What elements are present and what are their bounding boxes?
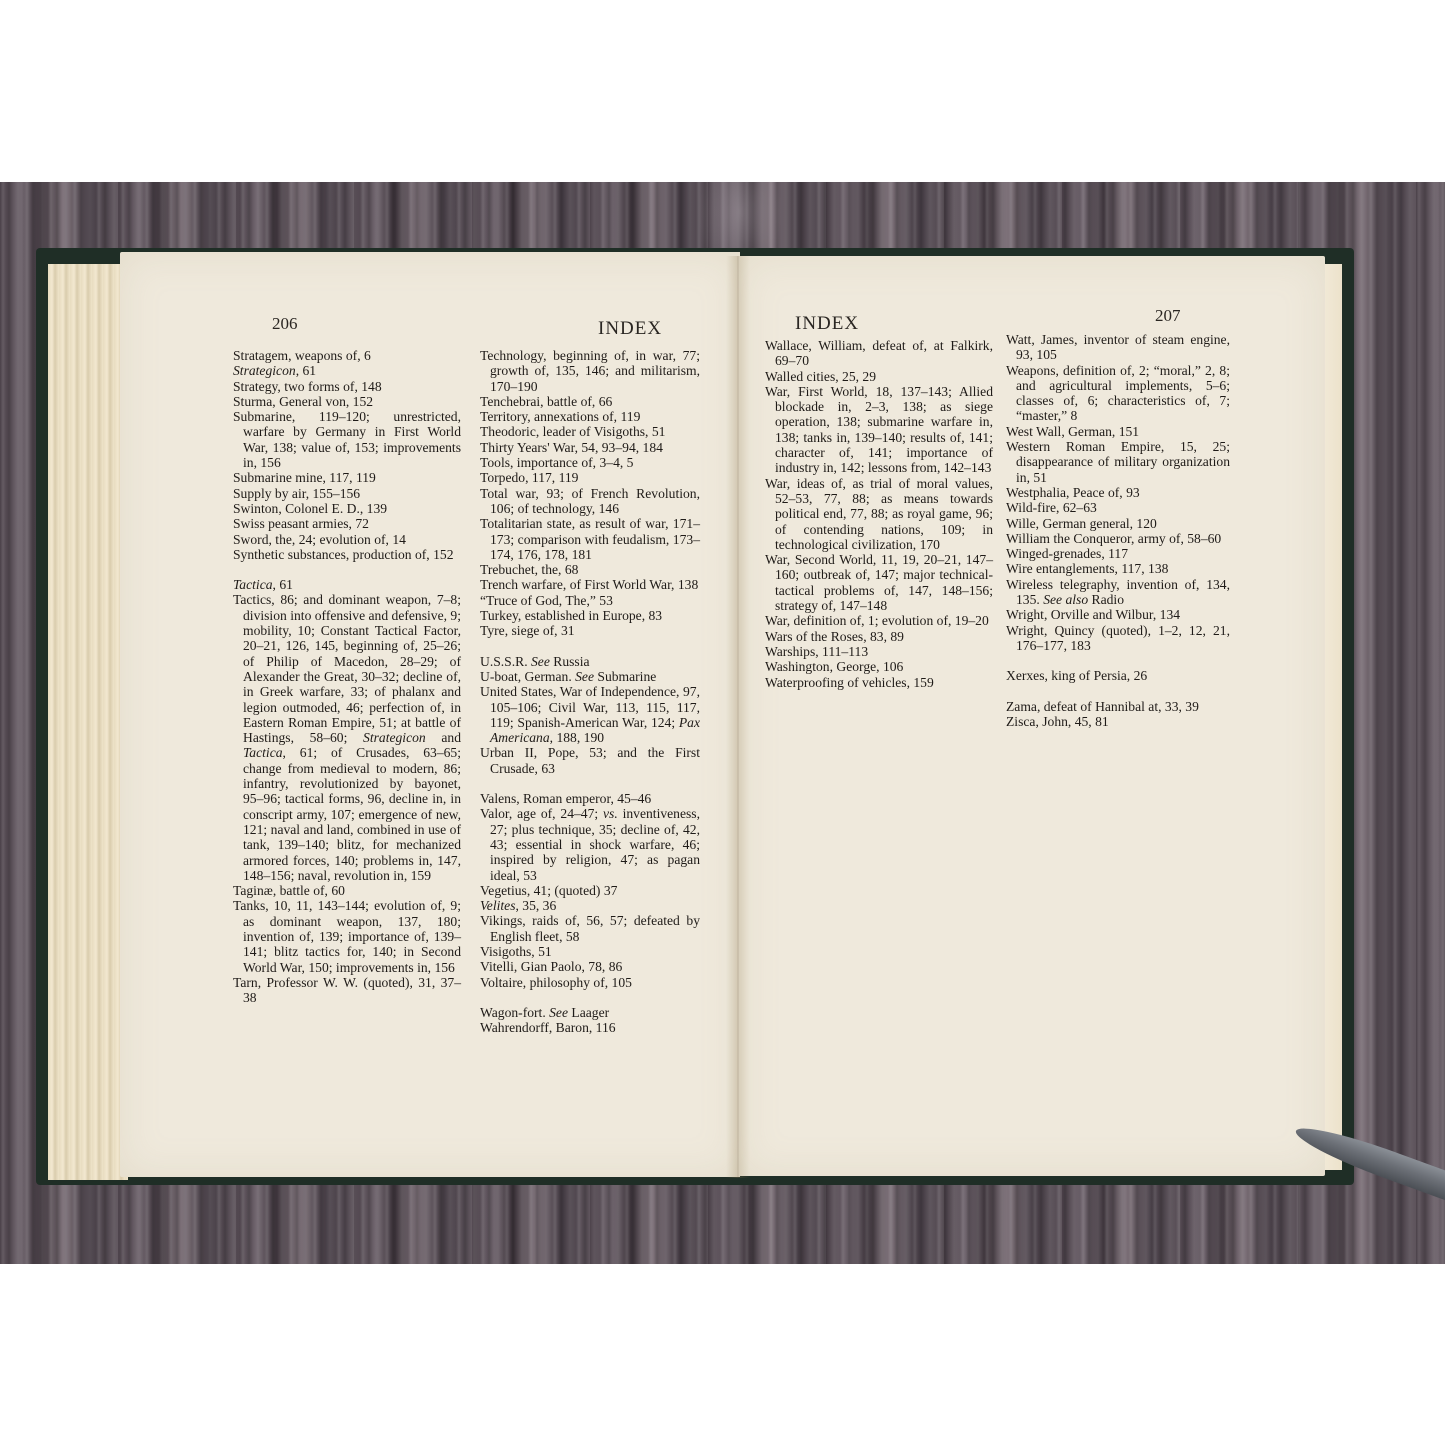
index-entry: Sturma, General von, 152: [233, 394, 461, 409]
index-column-right-1: Wallace, William, defeat of, at Falkirk,…: [765, 338, 993, 690]
index-entry: Wild-fire, 62–63: [1006, 500, 1230, 515]
index-entry: Wireless telegraphy, invention of, 134, …: [1006, 577, 1230, 608]
index-section-gap: [480, 990, 700, 1005]
index-entry: Stratagem, weapons of, 6: [233, 348, 461, 363]
index-entry: Wire entanglements, 117, 138: [1006, 561, 1230, 576]
index-entry: Waterproofing of vehicles, 159: [765, 675, 993, 690]
page-number-right: 207: [1155, 306, 1181, 326]
index-section-gap: [1006, 653, 1230, 668]
index-entry: Washington, George, 106: [765, 659, 993, 674]
index-entry: Tarn, Professor W. W. (quoted), 31, 37–3…: [233, 975, 461, 1006]
index-entry: Technology, beginning of, in war, 77; gr…: [480, 348, 700, 394]
index-entry: Wille, German general, 120: [1006, 516, 1230, 531]
index-entry: Strategy, two forms of, 148: [233, 379, 461, 394]
index-entry: Thirty Years' War, 54, 93–94, 184: [480, 440, 700, 455]
index-entry: Wars of the Roses, 83, 89: [765, 629, 993, 644]
index-entry: Theodoric, leader of Visigoths, 51: [480, 424, 700, 439]
index-entry: Tactica, 61: [233, 577, 461, 592]
index-entry: Walled cities, 25, 29: [765, 369, 993, 384]
index-entry: Western Roman Empire, 15, 25; disappeara…: [1006, 439, 1230, 485]
index-entry: Wright, Orville and Wilbur, 134: [1006, 607, 1230, 622]
index-entry: Tactics, 86; and dominant weapon, 7–8; d…: [233, 592, 461, 883]
index-entry: Taginæ, battle of, 60: [233, 883, 461, 898]
index-entry: Wagon-fort. See Laager: [480, 1005, 700, 1020]
index-entry: Totalitarian state, as result of war, 17…: [480, 516, 700, 562]
index-entry: Vegetius, 41; (quoted) 37: [480, 883, 700, 898]
index-entry: Urban II, Pope, 53; and the First Crusad…: [480, 745, 700, 776]
index-entry: Tanks, 10, 11, 143–144; evolution of, 9;…: [233, 898, 461, 974]
index-entry: Wallace, William, defeat of, at Falkirk,…: [765, 338, 993, 369]
index-entry: War, First World, 18, 137–143; Allied bl…: [765, 384, 993, 476]
index-entry: “Truce of God, The,” 53: [480, 593, 700, 608]
index-entry: Tools, importance of, 3–4, 5: [480, 455, 700, 470]
index-entry: William the Conqueror, army of, 58–60: [1006, 531, 1230, 546]
left-page: 206 INDEX Stratagem, weapons of, 6Strate…: [120, 252, 740, 1177]
index-entry: Total war, 93; of French Revolution, 106…: [480, 486, 700, 517]
book-gutter: [726, 256, 750, 1178]
index-section-gap: [1006, 684, 1230, 699]
index-entry: War, ideas of, as trial of moral values,…: [765, 476, 993, 552]
index-entry: U.S.S.R. See Russia: [480, 654, 700, 669]
index-entry: Westphalia, Peace of, 93: [1006, 485, 1230, 500]
index-entry: Turkey, established in Europe, 83: [480, 608, 700, 623]
index-entry: Swinton, Colonel E. D., 139: [233, 501, 461, 516]
index-entry: U-boat, German. See Submarine: [480, 669, 700, 684]
index-entry: Wright, Quincy (quoted), 1–2, 12, 21, 17…: [1006, 623, 1230, 654]
index-entry: War, definition of, 1; evolution of, 19–…: [765, 613, 993, 628]
index-section-gap: [480, 776, 700, 791]
index-entry: West Wall, German, 151: [1006, 424, 1230, 439]
index-entry: Synthetic substances, production of, 152: [233, 547, 461, 562]
index-entry: Valens, Roman emperor, 45–46: [480, 791, 700, 806]
index-column-left-1: Stratagem, weapons of, 6Strategicon, 61S…: [233, 348, 461, 1005]
index-column-left-2: Technology, beginning of, in war, 77; gr…: [480, 348, 700, 1035]
index-entry: Voltaire, philosophy of, 105: [480, 975, 700, 990]
running-head-left: INDEX: [598, 318, 662, 340]
index-entry: Zama, defeat of Hannibal at, 33, 39: [1006, 699, 1230, 714]
index-entry: Watt, James, inventor of steam engine, 9…: [1006, 332, 1230, 363]
index-section-gap: [480, 639, 700, 654]
index-section-gap: [233, 562, 461, 577]
index-entry: Trebuchet, the, 68: [480, 562, 700, 577]
index-entry: Swiss peasant armies, 72: [233, 516, 461, 531]
index-entry: United States, War of Independence, 97, …: [480, 684, 700, 745]
page-edges-left: [48, 264, 128, 1180]
index-entry: Warships, 111–113: [765, 644, 993, 659]
index-entry: Xerxes, king of Persia, 26: [1006, 668, 1230, 683]
index-entry: Territory, annexations of, 119: [480, 409, 700, 424]
index-entry: Trench warfare, of First World War, 138: [480, 577, 700, 592]
index-entry: Strategicon, 61: [233, 363, 461, 378]
index-column-right-2: Watt, James, inventor of steam engine, 9…: [1006, 332, 1230, 729]
running-head-right: INDEX: [795, 313, 859, 335]
index-entry: Supply by air, 155–156: [233, 486, 461, 501]
index-entry: Vikings, raids of, 56, 57; defeated by E…: [480, 913, 700, 944]
index-entry: Torpedo, 117, 119: [480, 470, 700, 485]
index-entry: Submarine mine, 117, 119: [233, 470, 461, 485]
index-entry: Tenchebrai, battle of, 66: [480, 394, 700, 409]
index-entry: Visigoths, 51: [480, 944, 700, 959]
index-entry: Tyre, siege of, 31: [480, 623, 700, 638]
index-entry: Submarine, 119–120; unrestricted, warfar…: [233, 409, 461, 470]
index-entry: Velites, 35, 36: [480, 898, 700, 913]
index-entry: Wahrendorff, Baron, 116: [480, 1020, 700, 1035]
page-number-left: 206: [272, 314, 298, 334]
index-entry: Weapons, definition of, 2; “moral,” 2, 8…: [1006, 363, 1230, 424]
index-entry: Valor, age of, 24–47; vs. inventiveness,…: [480, 806, 700, 882]
index-entry: Winged-grenades, 117: [1006, 546, 1230, 561]
right-page: INDEX 207 Wallace, William, defeat of, a…: [740, 256, 1325, 1176]
index-entry: War, Second World, 11, 19, 20–21, 147–16…: [765, 552, 993, 613]
index-entry: Vitelli, Gian Paolo, 78, 86: [480, 959, 700, 974]
index-entry: Zisca, John, 45, 81: [1006, 714, 1230, 729]
index-entry: Sword, the, 24; evolution of, 14: [233, 532, 461, 547]
